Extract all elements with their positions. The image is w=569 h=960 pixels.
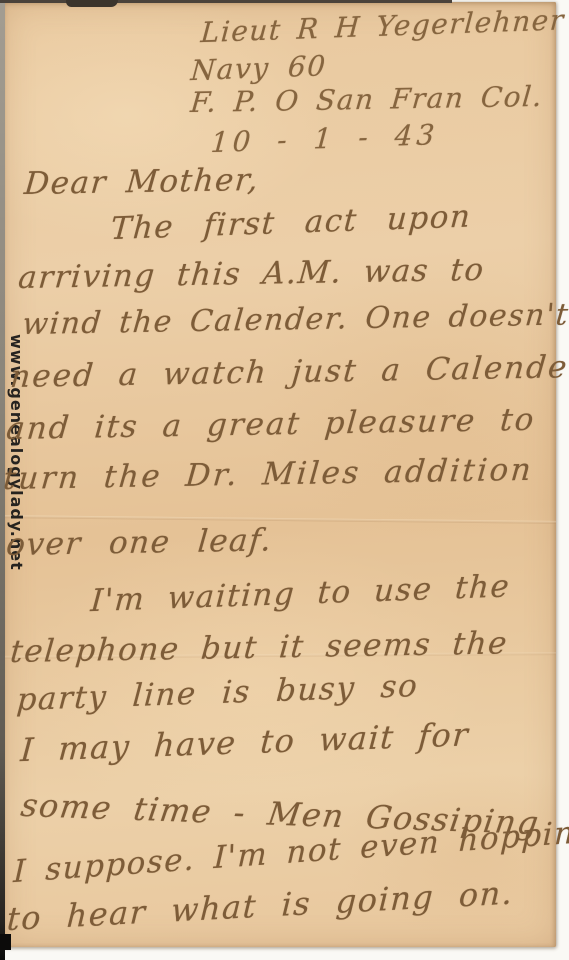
letter-line-navy: Navy 60 <box>190 49 328 87</box>
letter-salutation: Dear Mother, <box>23 162 261 202</box>
letter-scan: www.genealogylady.net Lieut R H Yegerleh… <box>0 0 569 960</box>
paper-tear-notch <box>66 0 118 7</box>
letter-line-fpo: F. P. O San Fran Col. <box>189 80 544 119</box>
paper-fold-crease <box>4 515 556 524</box>
letter-body-line: over one leaf. <box>5 522 274 563</box>
